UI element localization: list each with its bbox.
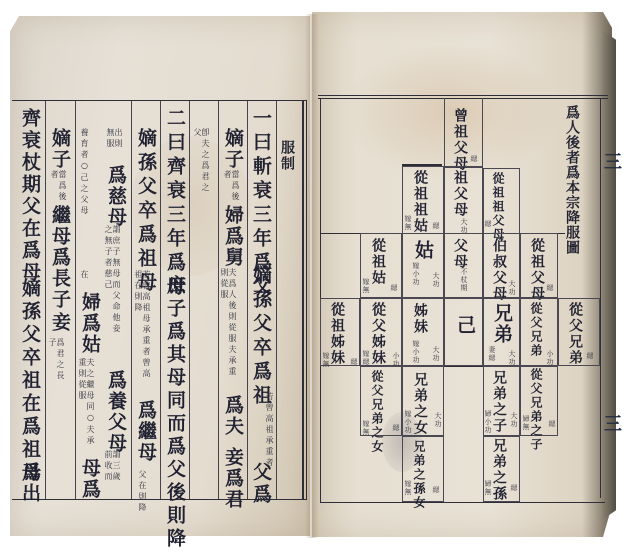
text-column: 父爲 [251,462,270,506]
column-rule [247,101,248,499]
cell-note: 大功 [508,280,515,296]
cell-note: 嫁小功 [412,340,419,364]
cell-label: 祖父母 [453,170,467,218]
cell-note: 緦 [586,352,593,360]
page-edge-stack [602,30,616,520]
cell-note: 嫁無 [322,352,329,368]
text-column: 母爲 [80,458,99,500]
cell-label: 父母 [453,238,467,270]
frame-top [318,95,608,96]
cell-label: 從父兄弟之女 [371,370,383,454]
text-column: 二曰齊衰三年爲母 [165,108,184,300]
text-column: 爲夫 [223,395,242,437]
cell-note: 嫁小功 [404,410,411,434]
frame-right-outer [306,100,307,500]
cell-label: 從父兄弟之子 [530,368,542,452]
cell-note: 婦無 [522,415,529,431]
text-column: 齊衰杖期父在爲母 [20,108,39,284]
frame-right [302,100,304,500]
cell-note: 緦 [432,222,439,230]
text-column: 婦爲姑 [80,292,99,355]
annotation: 養育者○己之父母 [80,128,88,258]
cell-label: 從祖祖姑 [413,170,427,234]
annotation: 謂庶子無母而父命他妾之無子者慈己 [104,225,120,335]
annotation: 在 [80,270,88,281]
cell-label: 從祖姑 [371,238,385,286]
cell-note: 緦 [350,358,357,366]
cell-label: 兄弟之女 [413,372,427,436]
column-rule [160,101,161,499]
annotation: 若曾高祖承重者 [253,392,273,469]
annotation: 當爲後者 [50,170,66,210]
text-column: 爲慈母 [106,165,125,228]
book-gutter [305,14,319,538]
text-column: 爲養父母 [106,370,125,454]
cell-label: 兄弟之孫 [492,438,506,502]
text-column: 妾 [50,312,69,333]
open-book: 服制 一曰斬衰三年爲父 嫡孫父卒爲祖 若曾高祖承重者 父爲 嫡子 當爲後者 婦爲… [0,0,640,557]
column-rule [189,101,190,499]
annotation: 當爲後者 [223,170,239,210]
frame-bottom [320,502,605,503]
text-column: 嫡孫父卒祖在爲祖母 [20,278,39,485]
column-rule [276,101,277,499]
cell-note: 大功 [508,350,515,366]
cell-note: 嫁無 [404,215,411,231]
cell-note: 大功 [434,412,441,428]
text-column: 嫡子 [50,128,69,170]
cell-label: 從祖父母 [530,238,544,302]
edge-tab-mark: 三 [604,410,622,436]
cell-note: 大功 [460,218,467,234]
chart-title: 爲人後者爲本宗降服圖 [565,105,579,255]
cell-label: 從父兄弟 [568,302,582,366]
annotation: 父在則降 [138,470,146,514]
cell-label: 伯叔父母 [492,238,506,302]
section-heading: 服制 [280,140,294,172]
cell-note: 緦 [470,155,477,163]
cell-note: 嫁無 [404,480,411,496]
cell-note: 緦 [548,420,555,428]
cell-note: 妻緦 [488,346,495,362]
cell-note: 緦 [432,486,439,494]
annotation: 爲君之長子 [48,338,64,383]
cell-note: 嫁無 [362,278,369,294]
cell-note: 緦 [392,424,399,432]
text-column: 嫡孫父卒爲祖 [251,265,270,409]
cell-label: 從祖姊妹 [330,302,344,366]
text-column: 婦爲舅 [223,205,242,268]
edge-tab-mark: 三 [604,148,622,174]
cell-note: 婦無 [484,480,491,496]
annotation: 出則無服 [106,128,122,158]
annotation: 卽夫之爲君之父 [193,128,209,198]
cell-note: 婦小功 [484,410,491,434]
cell-note: 緦 [390,284,397,292]
annotation: 夫之繼母同○夫承重則從服 [78,358,94,453]
cell-note: 大功 [432,346,439,362]
text-column: 妾爲君 [223,447,242,510]
cell-label: 姑 [413,240,432,261]
cell-note: 嫁小功 [412,262,419,286]
cell-label: 兄弟之子 [492,370,506,434]
annotation: 謂三歲前收而 [104,450,120,490]
cell-label: 從父兄弟 [530,302,542,358]
column-rule [45,101,46,499]
cell-note: 不杖期 [460,268,467,292]
text-column: 繼母爲長子 [50,205,69,310]
cell-note: 緦 [546,284,553,292]
text-column: 爲出 [20,462,39,504]
cell-label: 從祖祖父母 [492,172,504,242]
text-column: 嫡子 [223,128,242,170]
cell-label: 從父姊妹 [371,302,385,366]
annotation: 若曾高祖母承重者曾高祖在則降 [134,270,150,380]
column-rule [218,101,219,499]
cell-label: 兄弟之孫女 [413,440,425,510]
cell-label: 曾祖父母 [453,108,467,172]
cell-label: 兄弟 [492,303,511,345]
frame-right [600,98,601,498]
column-rule [131,101,132,499]
cell-note: 小功 [546,350,553,366]
text-column: 爲繼母 [136,400,155,463]
cell-label: 姊妹 [413,303,427,335]
cell-note: 緦 [510,484,517,492]
text-column: 庶子爲其母同而爲父後則降 [165,275,184,551]
column-rule [75,101,76,499]
cell-note: 嫁緦 [362,350,369,366]
cell-label-self: 己 [455,315,474,336]
cell-note: 緦 [484,220,491,228]
cell-note: 嫁無 [362,420,369,436]
cell-note: 大功 [510,412,517,428]
cell-note: 大功 [432,272,439,288]
annotation: 夫爲人後則從服夫承重則從服 [220,268,236,378]
